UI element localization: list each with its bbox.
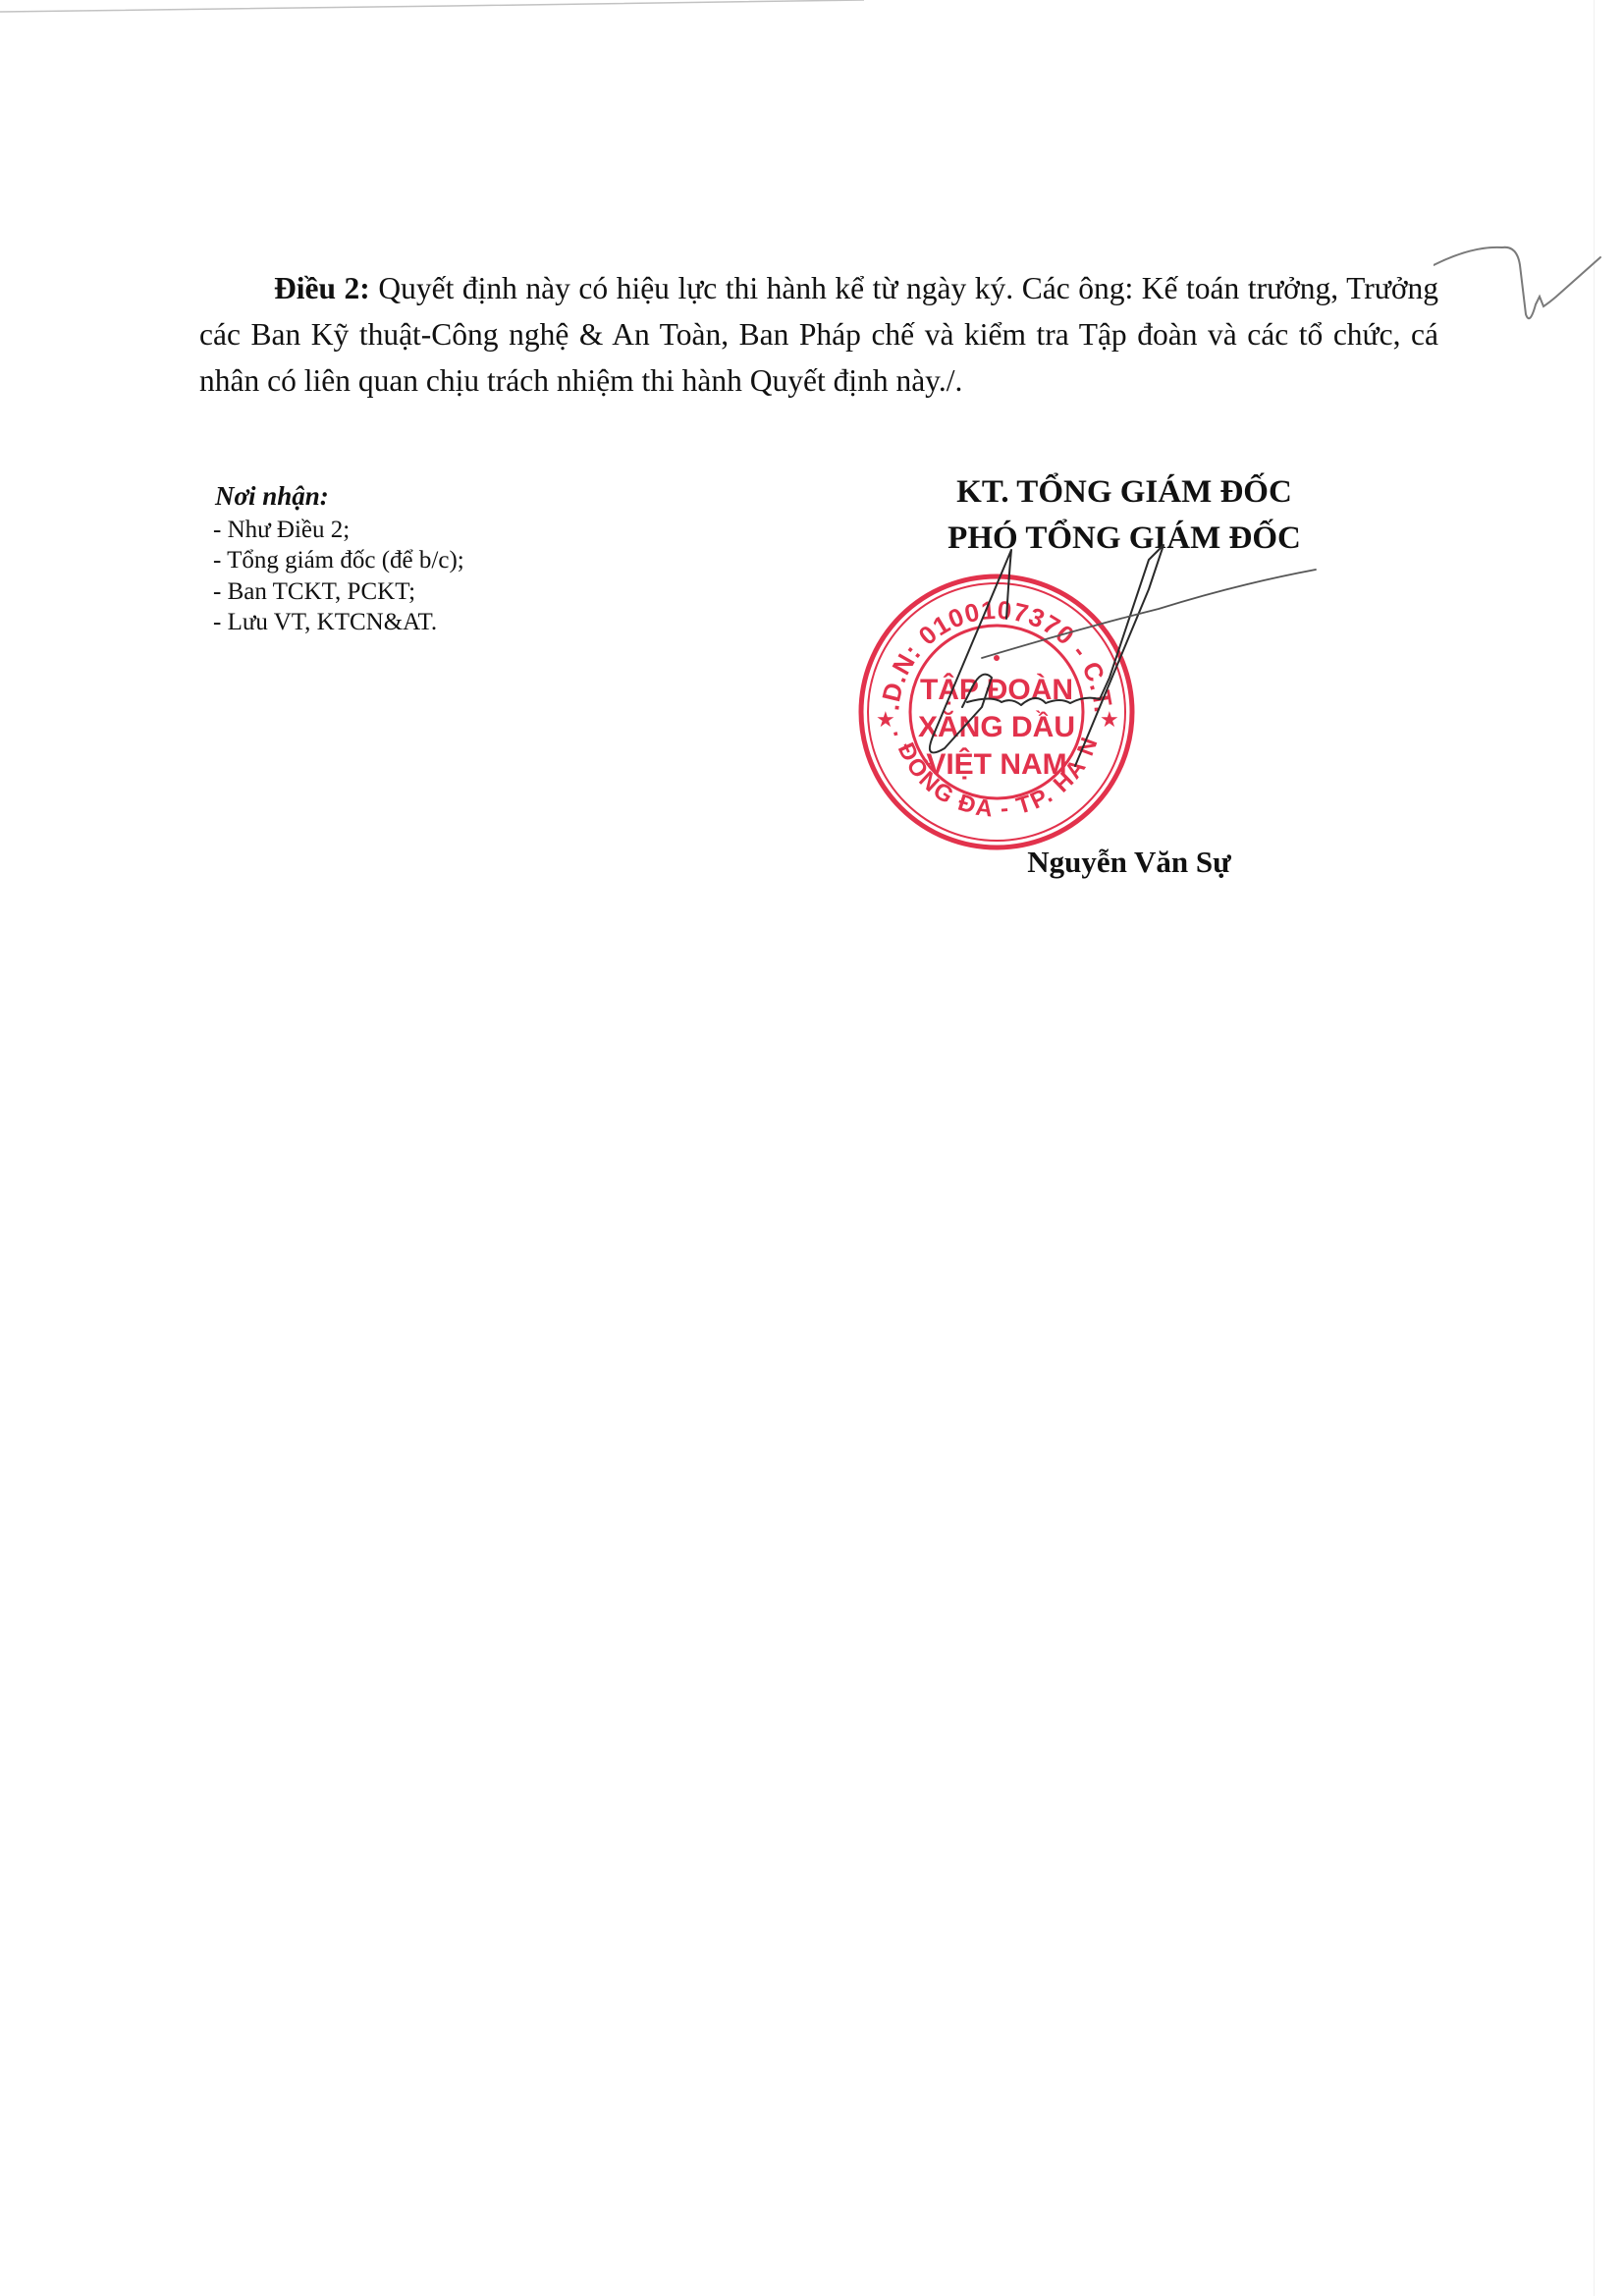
svg-text:★: ★	[1100, 707, 1119, 732]
recipients-list: Nơi nhận: - Như Điều 2; - Tổng giám đốc …	[213, 481, 464, 638]
article-2-paragraph: Điều 2: Quyết định này có hiệu lực thi h…	[199, 265, 1438, 404]
svg-text:★: ★	[876, 707, 895, 732]
recipient-item: - Tổng giám đốc (để b/c);	[213, 545, 464, 576]
recipient-item: - Lưu VT, KTCN&AT.	[213, 607, 464, 638]
recipient-item: - Ban TCKT, PCKT;	[213, 576, 464, 608]
company-seal-icon: M.S.D.N: 0100107370 - C.T.C.P Q. ĐỐNG ĐA…	[854, 570, 1139, 854]
svg-text:XĂNG DẦU: XĂNG DẦU	[918, 710, 1075, 743]
recipients-title: Nơi nhận:	[213, 481, 464, 513]
article-text: Quyết định này có hiệu lực thi hành kể t…	[199, 271, 1438, 398]
signature-block: KT. TỔNG GIÁM ĐỐC PHÓ TỔNG GIÁM ĐỐC	[884, 469, 1365, 562]
svg-text:TẬP ĐOÀN: TẬP ĐOÀN	[920, 673, 1073, 706]
recipient-item: - Như Điều 2;	[213, 515, 464, 546]
article-label: Điều 2:	[274, 271, 370, 305]
scan-artifact-line	[0, 0, 884, 14]
signer-role-1: KT. TỔNG GIÁM ĐỐC	[884, 469, 1365, 516]
initials-mark-icon	[1434, 236, 1610, 334]
signer-name: Nguyễn Văn Sự	[982, 843, 1276, 882]
signer-role-2: PHÓ TỔNG GIÁM ĐỐC	[884, 516, 1365, 562]
svg-text:VIỆT NAM: VIỆT NAM	[926, 747, 1066, 781]
scan-edge	[1594, 0, 1595, 2296]
